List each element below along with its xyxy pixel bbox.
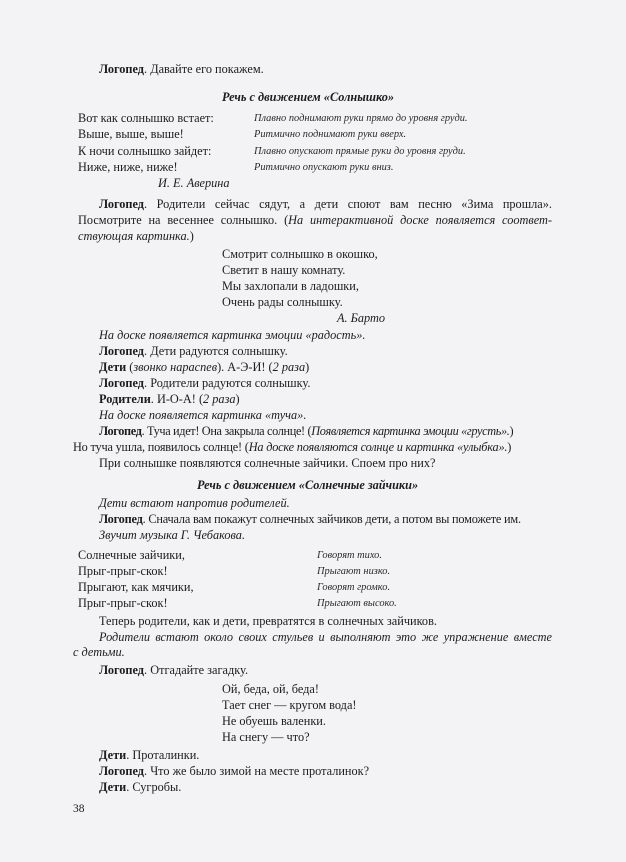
action-line: Ритмично опускают руки вниз. (254, 162, 393, 173)
verse-line: Прыг-прыг-скок! (78, 596, 168, 611)
speech-text: . И-О-А! ( (151, 392, 203, 406)
speaker-name: Логопед (99, 663, 144, 677)
speaker-name: Логопед (99, 197, 144, 211)
speech-text: . Туча идет! Она закрыла солнце! ( (142, 424, 312, 438)
speaker-name: Дети (99, 748, 126, 762)
page-number: 38 (73, 803, 85, 815)
action-line: Говорят громко. (317, 582, 390, 593)
poem-line: Ой, беда, ой, беда! (222, 682, 319, 697)
poem-line: Смотрит солнышко в окошко, (222, 247, 378, 262)
paragraph: Теперь родители, как и дети, превратятся… (99, 614, 437, 629)
verse-line: Прыг-прыг-скок! (78, 564, 168, 579)
speech-text: . Сначала вам покажут солнечных зайчиков… (143, 512, 521, 526)
speaker-name: Логопед (99, 424, 142, 438)
section-title: Речь с движением «Солнечные зайчики» (197, 478, 418, 493)
stage-direction: На доске появляется картинка эмоции «рад… (99, 328, 365, 343)
speaker-name: Дети (99, 360, 126, 374)
punctuation: ) (305, 360, 309, 374)
speaker-name: Логопед (99, 512, 143, 526)
stage-direction: На доске появляются солнце и картинка «у… (249, 440, 508, 454)
poem-author: А. Барто (337, 311, 385, 326)
speech-text: . Отгадайте загадку. (144, 663, 248, 677)
punctuation: ) (190, 229, 194, 243)
speech-line: Логопед. Туча идет! Она закрыла солнце! … (99, 424, 513, 439)
section-title: Речь с движением «Солнышко» (222, 90, 394, 105)
stage-direction: Родители встают около своих стульев и вы… (99, 630, 552, 645)
speaker-name: Родители (99, 392, 151, 406)
paragraph-line: ствующая картинка.) (78, 229, 194, 244)
verse-line: Ниже, ниже, ниже! (78, 160, 178, 175)
action-line: Плавно поднимают руки прямо до уровня гр… (254, 113, 468, 124)
speech-line: Логопед. Дети радуются солнышку. (99, 344, 288, 359)
speech-text: Посмотрите на весеннее солнышко. ( (78, 213, 288, 227)
speech-line: Логопед. Давайте его покажем. (99, 62, 264, 77)
speech-text: . Сугробы. (126, 780, 181, 794)
speech-line: Родители. И-О-А! (2 раза) (99, 392, 240, 407)
paragraph-line: Посмотрите на весеннее солнышко. (На инт… (78, 213, 552, 228)
speech-text: Но туча ушла, появилось солнце! ( (73, 440, 249, 454)
speaker-name: Логопед (99, 344, 144, 358)
speech-line: Логопед. Родители радуются солнышку. (99, 376, 310, 391)
speech-text: . Давайте его покажем. (144, 62, 264, 76)
verse-line: Выше, выше, выше! (78, 127, 184, 142)
punctuation: ) (510, 424, 514, 438)
punctuation: ) (236, 392, 240, 406)
speech-text: . Проталинки. (126, 748, 199, 762)
action-line: Говорят тихо. (317, 550, 382, 561)
poem-line: Очень рады солнышку. (222, 295, 343, 310)
paragraph-line: Родители встают около своих стульев и вы… (99, 630, 552, 645)
speech-text: . Родители сейчас сядут, а дети споют ва… (144, 197, 552, 211)
speaker-name: Логопед (99, 62, 144, 76)
speaker-name: Дети (99, 780, 126, 794)
speech-line: Дети (звонко нараспев). А-Э-И! (2 раза) (99, 360, 309, 375)
speech-line: Но туча ушла, появилось солнце! (На доск… (73, 440, 511, 455)
speaker-name: Логопед (99, 764, 144, 778)
punctuation: ) (507, 440, 511, 454)
stage-direction: 2 раза (273, 360, 305, 374)
action-line: Прыгают низко. (317, 566, 390, 577)
poem-line: Не обуешь валенки. (222, 714, 326, 729)
stage-direction: Дети встают напротив родителей. (99, 496, 290, 511)
verse-line: Вот как солнышко встает: (78, 111, 214, 126)
speaker-name: Логопед (99, 376, 144, 390)
poem-line: На снегу — что? (222, 730, 310, 745)
speech-line: При солнышке появляются солнечные зайчик… (99, 456, 435, 471)
poem-line: Светит в нашу комнату. (222, 263, 345, 278)
speech-text: . Родители радуются солнышку. (144, 376, 310, 390)
stage-direction: с детьми. (73, 645, 125, 660)
action-line: Плавно опускают прямые руки до уровня гр… (254, 146, 466, 157)
stage-direction: На интерактивной доске появляется соотве… (288, 213, 552, 227)
speech-line: Дети. Проталинки. (99, 748, 199, 763)
speech-text: ). А-Э-И! ( (217, 360, 273, 374)
speech-text: . Дети радуются солнышку. (144, 344, 288, 358)
verse-line: Солнечные зайчики, (78, 548, 185, 563)
action-line: Прыгают высоко. (317, 598, 397, 609)
paragraph: Логопед. Родители сейчас сядут, а дети с… (99, 197, 552, 212)
stage-direction: На доске появляется картинка «туча». (99, 408, 306, 423)
poem-author: И. Е. Аверина (158, 176, 230, 191)
stage-direction: ствующая картинка. (78, 229, 190, 243)
stage-direction: Звучит музыка Г. Чебакова. (99, 528, 245, 543)
speech-line: Логопед. Что же было зимой на месте прот… (99, 764, 369, 779)
poem-line: Мы захлопали в ладошки, (222, 279, 359, 294)
speech-line: Дети. Сугробы. (99, 780, 181, 795)
stage-direction: звонко нараспев (133, 360, 217, 374)
stage-direction: 2 раза (203, 392, 235, 406)
speech-line: Логопед. Отгадайте загадку. (99, 663, 248, 678)
verse-line: К ночи солнышко зайдет: (78, 144, 211, 159)
poem-line: Тает снег — кругом вода! (222, 698, 357, 713)
speech-line: Логопед. Сначала вам покажут солнечных з… (99, 512, 521, 527)
verse-line: Прыгают, как мячики, (78, 580, 194, 595)
stage-direction: Появляется картинка эмоции «грусть». (311, 424, 509, 438)
action-line: Ритмично поднимают руки вверх. (254, 129, 406, 140)
speech-text: . Что же было зимой на месте проталинок? (144, 764, 369, 778)
